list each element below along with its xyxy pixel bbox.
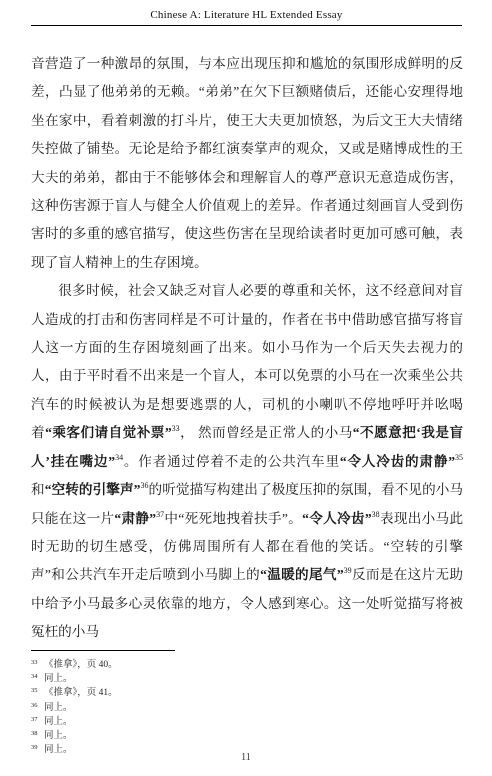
footnote-text: 同上。	[44, 717, 73, 727]
bold-quote: “空转的引擎声”	[45, 482, 141, 497]
footnote-text: 《推拿》，页 41。	[44, 688, 118, 698]
footnote-reference: 35	[455, 453, 463, 462]
footnote-item: 37同上。	[31, 714, 462, 728]
footnote-number: 38	[31, 728, 44, 740]
footnote-reference: 34	[115, 453, 123, 462]
text-run: 和	[31, 482, 45, 497]
footnote-reference: 39	[344, 566, 352, 575]
page-footer: 11	[0, 752, 492, 763]
paragraph: 音营造了一种激昂的氛围，与本应出现压抑和尴尬的氛围形成鲜明的反差，凸显了他弟弟的…	[31, 50, 463, 277]
text-run: 中“死死地拽着扶手”。	[164, 511, 302, 526]
bold-quote: “温暖的尾气”	[260, 567, 344, 582]
footnote-number: 37	[31, 714, 44, 726]
bold-quote: “令人冷齿”	[302, 511, 372, 526]
footnote-text: 同上。	[44, 703, 73, 713]
footnote-text: 《推拿》，页 40。	[44, 660, 118, 670]
footnote-reference: 37	[156, 510, 164, 519]
footnote-separator	[31, 650, 175, 651]
essay-body: 音营造了一种激昂的氛围，与本应出现压抑和尴尬的氛围形成鲜明的反差，凸显了他弟弟的…	[31, 50, 463, 647]
footnote-item: 38同上。	[31, 728, 462, 742]
footnote-reference: 33	[172, 424, 180, 433]
footnote-text: 同上。	[44, 674, 73, 684]
page-number: 11	[241, 752, 251, 763]
footnote-item: 33《推拿》，页 40。	[31, 657, 462, 671]
footnote-number: 36	[31, 700, 44, 712]
paragraph: 很多时候，社会又缺乏对盲人必要的尊重和关怀，这不经意间对盲人造成的打击和伤害同样…	[31, 277, 463, 646]
footnote-item: 36同上。	[31, 700, 462, 714]
footnotes-section: 33《推拿》，页 40。34同上。35《推拿》，页 41。36同上。37同上。3…	[31, 650, 462, 756]
text-run: 。作者通过停着不走的公共汽车里	[123, 454, 340, 469]
footnote-list: 33《推拿》，页 40。34同上。35《推拿》，页 41。36同上。37同上。3…	[31, 657, 462, 756]
footnote-number: 34	[31, 671, 44, 683]
footnote-text: 同上。	[44, 731, 73, 741]
text-run: ， 然而曾经是正常人的小马	[180, 425, 353, 440]
footnote-reference: 38	[372, 510, 380, 519]
text-run: 很多时候，社会又缺乏对盲人必要的尊重和关怀，这不经意间对盲人造成的打击和伤害同样…	[31, 283, 463, 440]
page-header: Chinese A: Literature HL Extended Essay	[31, 9, 462, 26]
footnote-item: 34同上。	[31, 671, 462, 685]
text-run: 音营造了一种激昂的氛围，与本应出现压抑和尴尬的氛围形成鲜明的反差，凸显了他弟弟的…	[31, 56, 463, 270]
header-title: Chinese A: Literature HL Extended Essay	[150, 9, 342, 21]
footnote-number: 35	[31, 685, 44, 697]
footnote-number: 33	[31, 657, 44, 669]
bold-quote: “令人冷齿的肃静”	[340, 454, 455, 469]
document-page: Chinese A: Literature HL Extended Essay …	[0, 0, 492, 776]
bold-quote: “乘客们请自觉补票”	[45, 425, 172, 440]
bold-quote: “肃静”	[114, 511, 156, 526]
footnote-item: 35《推拿》，页 41。	[31, 685, 462, 699]
